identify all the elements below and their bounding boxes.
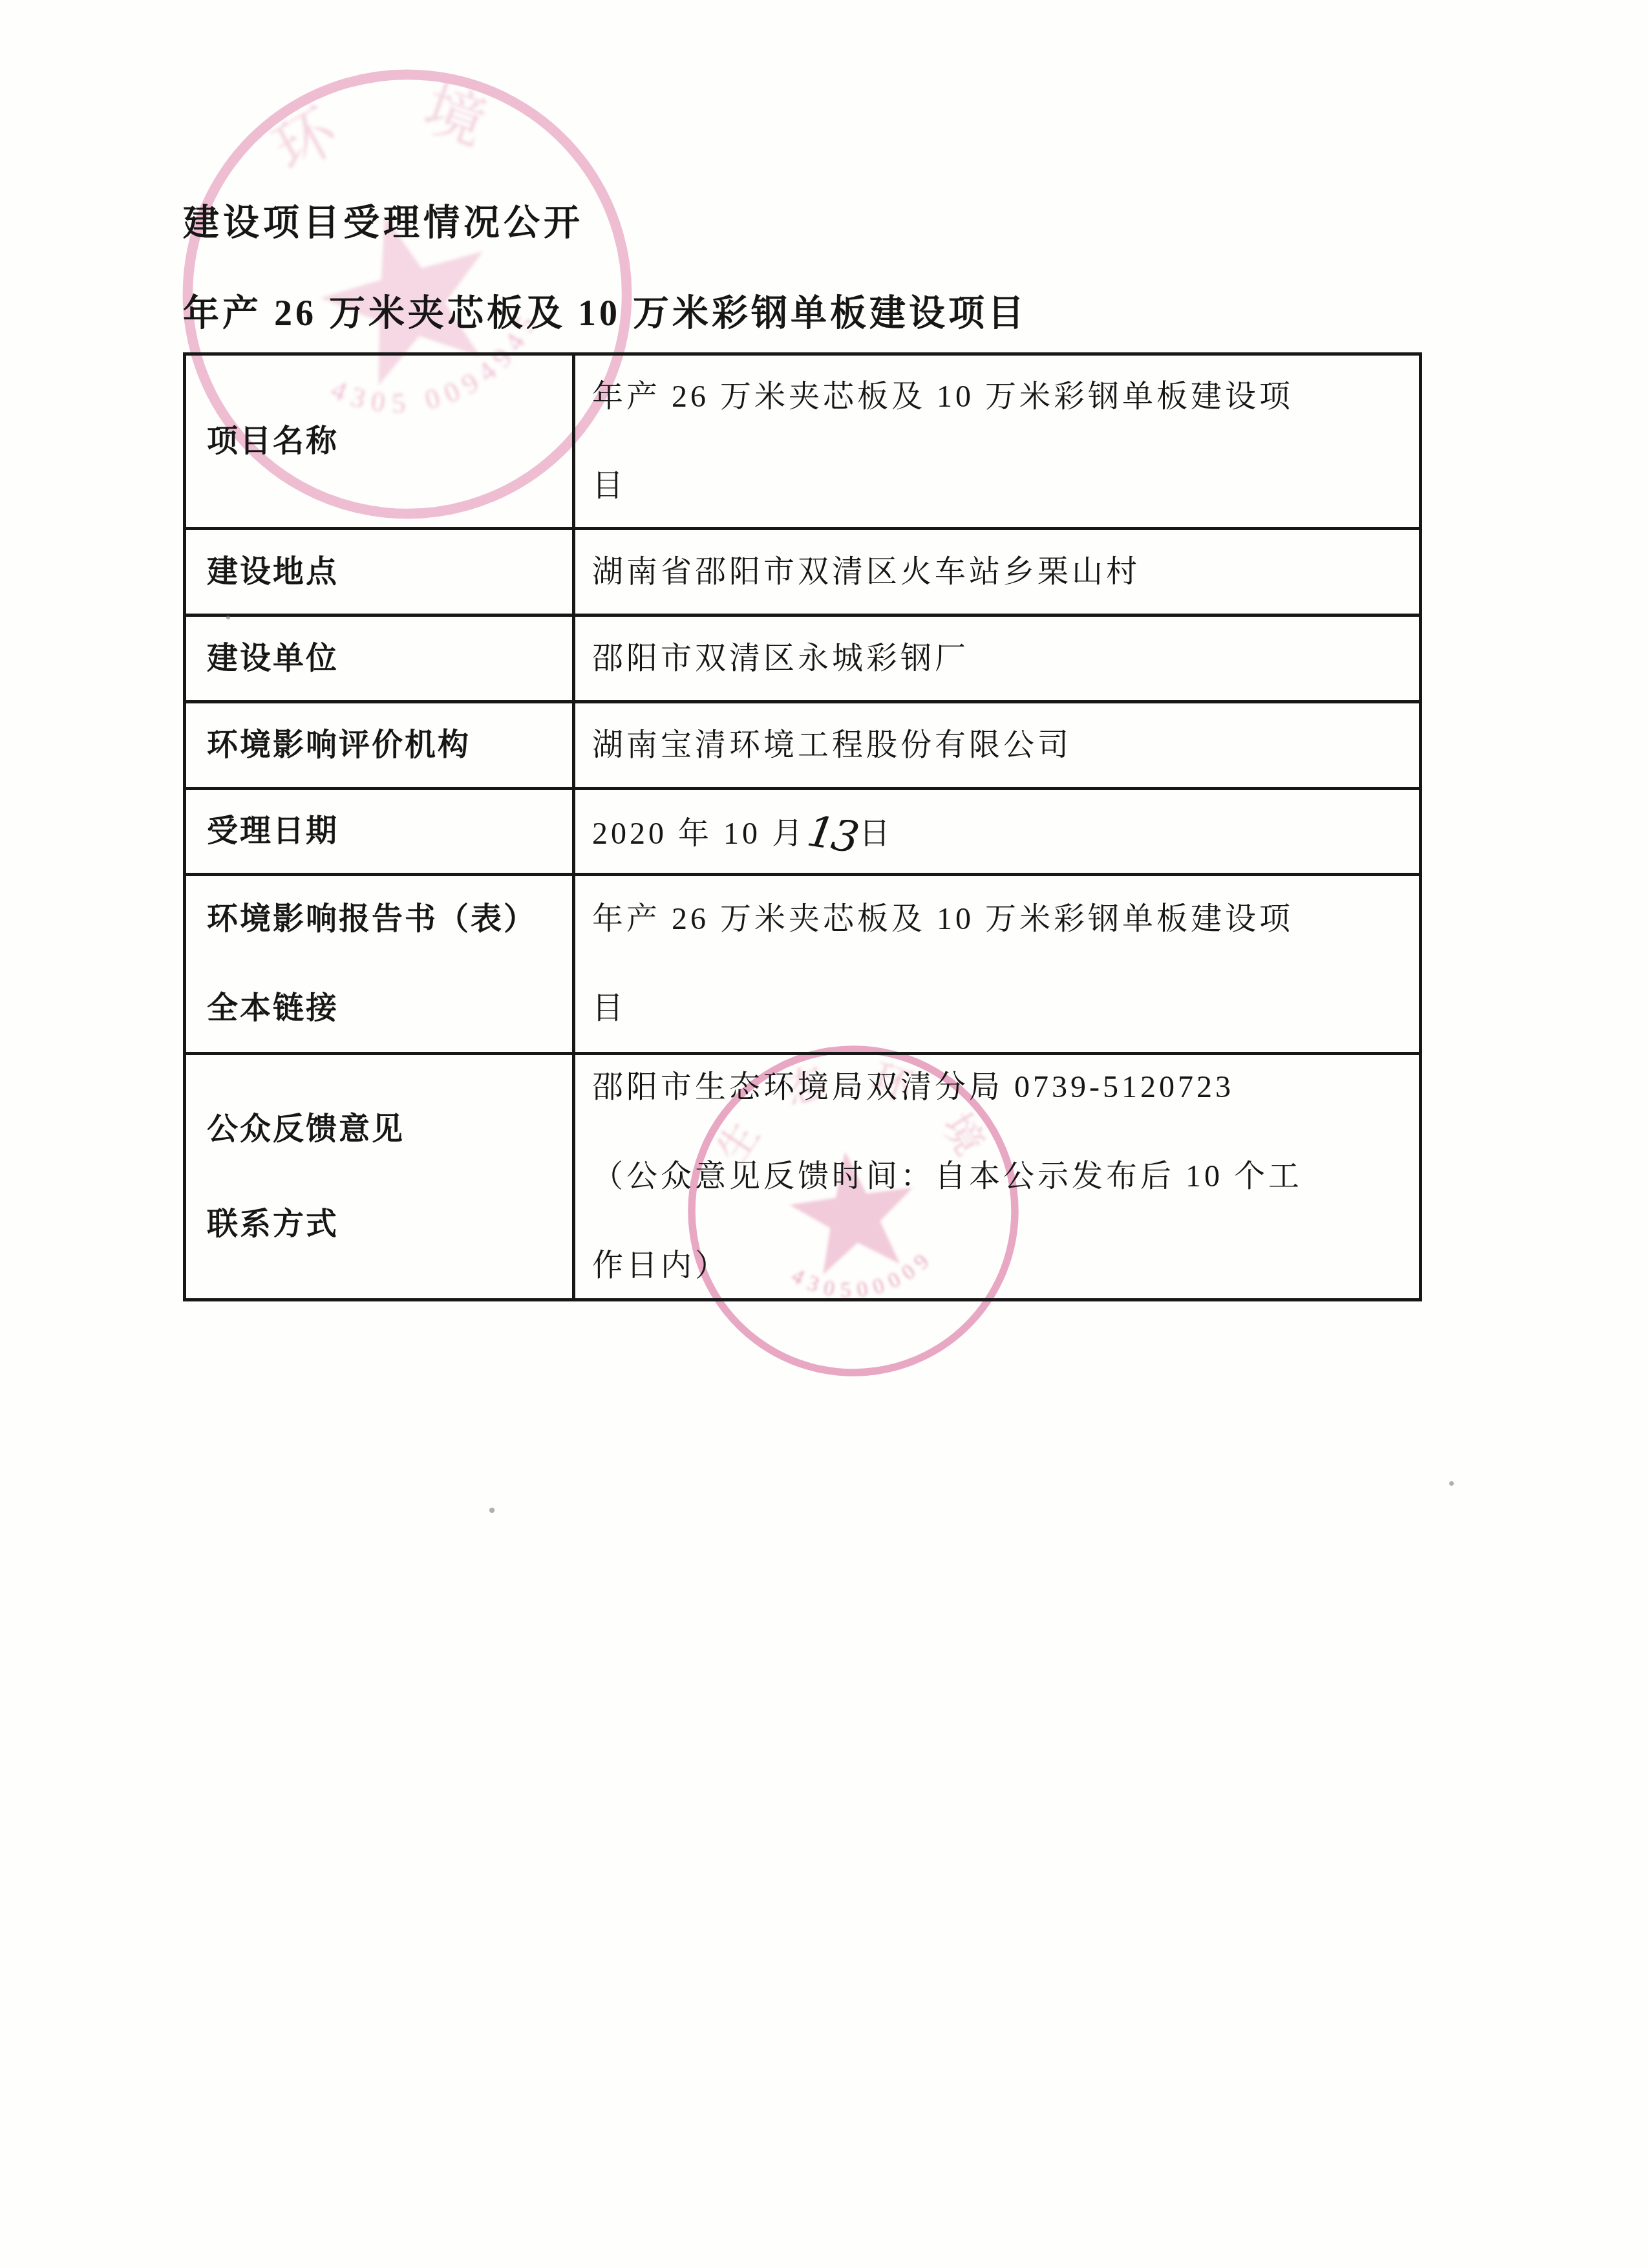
row-value-eia-agency: 湖南宝清环境工程股份有限公司 [572,700,1422,787]
row-value-project-name: 年产 26 万米夹芯板及 10 万米彩钢单板建设项目 [572,356,1422,527]
feedback-period-note: （公众意见反馈时间：自本公示发布后 10 个工作日内） [592,1132,1316,1311]
row-label-eia-agency: 环境影响评价机构 [186,700,572,787]
row-value-location: 湖南省邵阳市双清区火车站乡栗山村 [572,527,1422,614]
row-value-acceptance-date: 2020 年 10 月13日 [572,787,1422,873]
row-label-text: 环境影响评价机构 [207,701,471,790]
feedback-contact-line: 邵阳市生态环境局双清分局 0739-5120723 [592,1043,1316,1132]
project-info-table: 项目名称 年产 26 万米夹芯板及 10 万米彩钢单板建设项目 建设地点 湖南省… [183,352,1422,1301]
row-value-text: 湖南省邵阳市双清区火车站乡栗山村 [592,528,1140,617]
row-label-text: 环境影响报告书（表）全本链接 [207,875,549,1053]
row-label-public-feedback-contact: 公众反馈意见联系方式 [186,1052,572,1298]
handwritten-day: 13 [801,786,864,882]
acceptance-date: 2020 年 10 月13日 [592,785,893,879]
scan-speck [489,1508,495,1513]
row-label-project-name: 项目名称 [186,356,572,527]
row-label-text: 受理日期 [207,787,339,876]
row-value-construction-unit: 邵阳市双清区永城彩钢厂 [572,614,1422,700]
row-value-text: 年产 26 万米夹芯板及 10 万米彩钢单板建设项目 [592,352,1316,531]
row-value-text: 邵阳市双清区永城彩钢厂 [592,614,969,703]
row-label-text: 建设单位 [207,614,339,703]
row-value-public-feedback-contact: 邵阳市生态环境局双清分局 0739-5120723 （公众意见反馈时间：自本公示… [572,1052,1422,1298]
row-label-text: 公众反馈意见联系方式 [207,1082,414,1272]
row-value-report-link: 年产 26 万米夹芯板及 10 万米彩钢单板建设项目 [572,873,1422,1052]
row-label-construction-unit: 建设单位 [186,614,572,700]
row-label-text: 项目名称 [207,397,339,486]
row-label-report-link: 环境影响报告书（表）全本链接 [186,873,572,1052]
row-label-location: 建设地点 [186,527,572,614]
page-title: 建设项目受理情况公开 [183,194,584,246]
scanned-document-page: { "page": { "title": "建设项目受理情况公开", "subt… [0,0,1649,2268]
page-subtitle: 年产 26 万米夹芯板及 10 万米彩钢单板建设项目 [183,284,1027,336]
row-value-text: 年产 26 万米夹芯板及 10 万米彩钢单板建设项目 [592,875,1316,1053]
row-label-acceptance-date: 受理日期 [186,787,572,873]
scan-speck [1449,1481,1454,1486]
row-label-text: 建设地点 [207,528,339,617]
scan-speck [226,615,230,619]
date-suffix: 日 [859,817,893,851]
row-value-text: 湖南宝清环境工程股份有限公司 [592,701,1072,790]
date-prefix: 2020 年 10 月 [592,817,806,851]
